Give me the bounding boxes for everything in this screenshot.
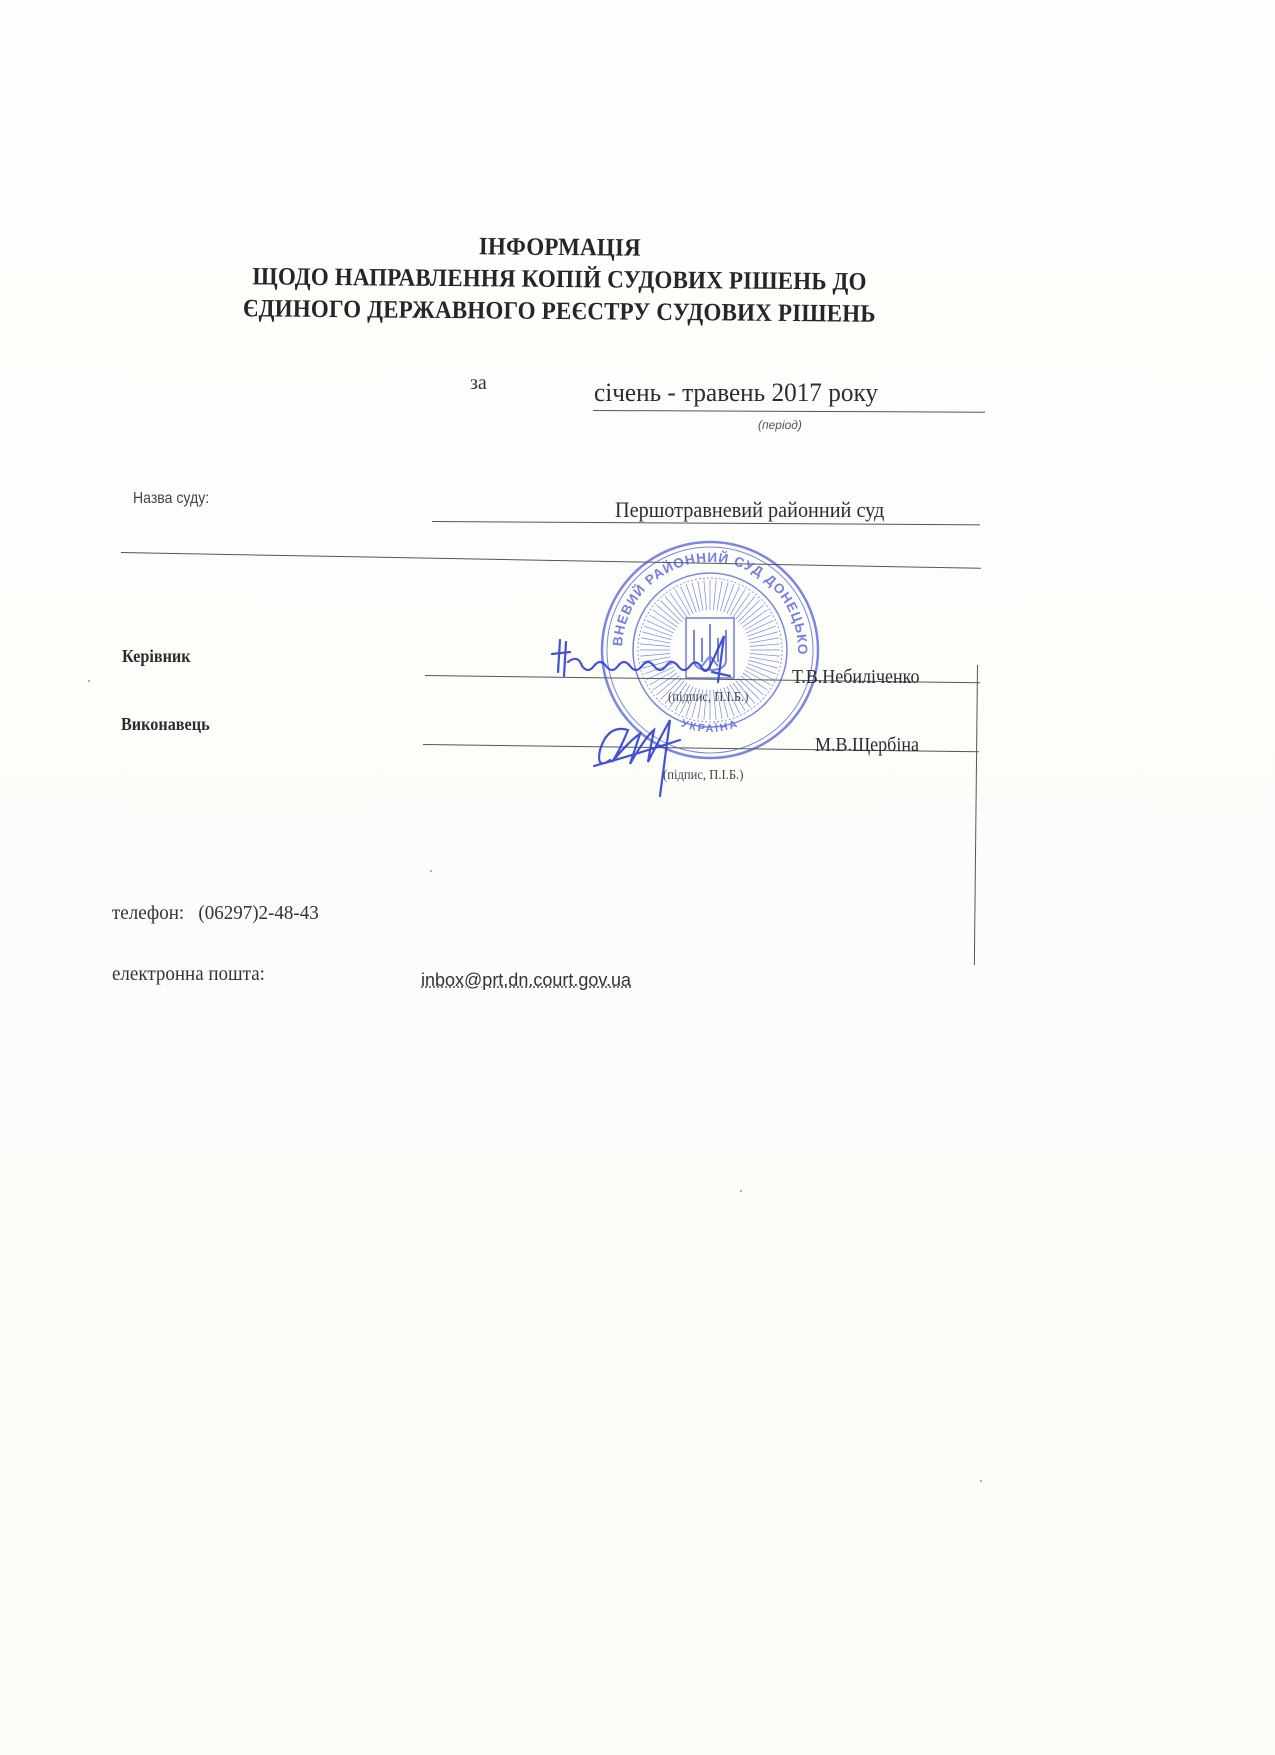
document-page: ІНФОРМАЦІЯ ЩОДО НАПРАВЛЕННЯ КОПІЙ СУДОВИ… xyxy=(0,0,1275,1755)
head-role-label: Керівник xyxy=(122,646,191,667)
phone-label: телефон: xyxy=(112,902,184,924)
scan-speck xyxy=(430,870,432,872)
scan-speck xyxy=(740,1190,742,1192)
vertical-margin-line xyxy=(974,665,978,965)
phone-row: телефон: (06297)2-48-43 xyxy=(112,902,319,925)
executor-role-label: Виконавець xyxy=(121,714,210,735)
executor-signature-icon xyxy=(590,700,700,800)
period-underline xyxy=(593,410,985,413)
head-signature-icon xyxy=(548,632,758,692)
document-title: ІНФОРМАЦІЯ ЩОДО НАПРАВЛЕННЯ КОПІЙ СУДОВИ… xyxy=(182,229,937,332)
court-name-label: Назва суду: xyxy=(133,490,209,508)
scan-speck xyxy=(88,680,90,682)
court-second-line xyxy=(121,552,981,569)
email-link[interactable]: inbox@prt.dn.court.gov.ua xyxy=(421,970,631,991)
period-caption: (період) xyxy=(758,418,802,432)
executor-signer-name: М.В.Щербіна xyxy=(815,734,919,757)
phone-value: (06297)2-48-43 xyxy=(198,902,318,924)
period-prefix: за xyxy=(470,372,487,395)
period-value: січень - травень 2017 року xyxy=(594,378,878,408)
court-name-value: Першотравневий районний суд xyxy=(615,497,884,523)
email-label: електронна пошта: xyxy=(112,963,265,986)
title-line-3: ЄДИНОГО ДЕРЖАВНОГО РЕЄСТРУ СУДОВИХ РІШЕН… xyxy=(182,293,937,332)
head-signer-name: Т.В.Небиліченко xyxy=(792,666,919,689)
scan-speck xyxy=(980,1480,982,1482)
